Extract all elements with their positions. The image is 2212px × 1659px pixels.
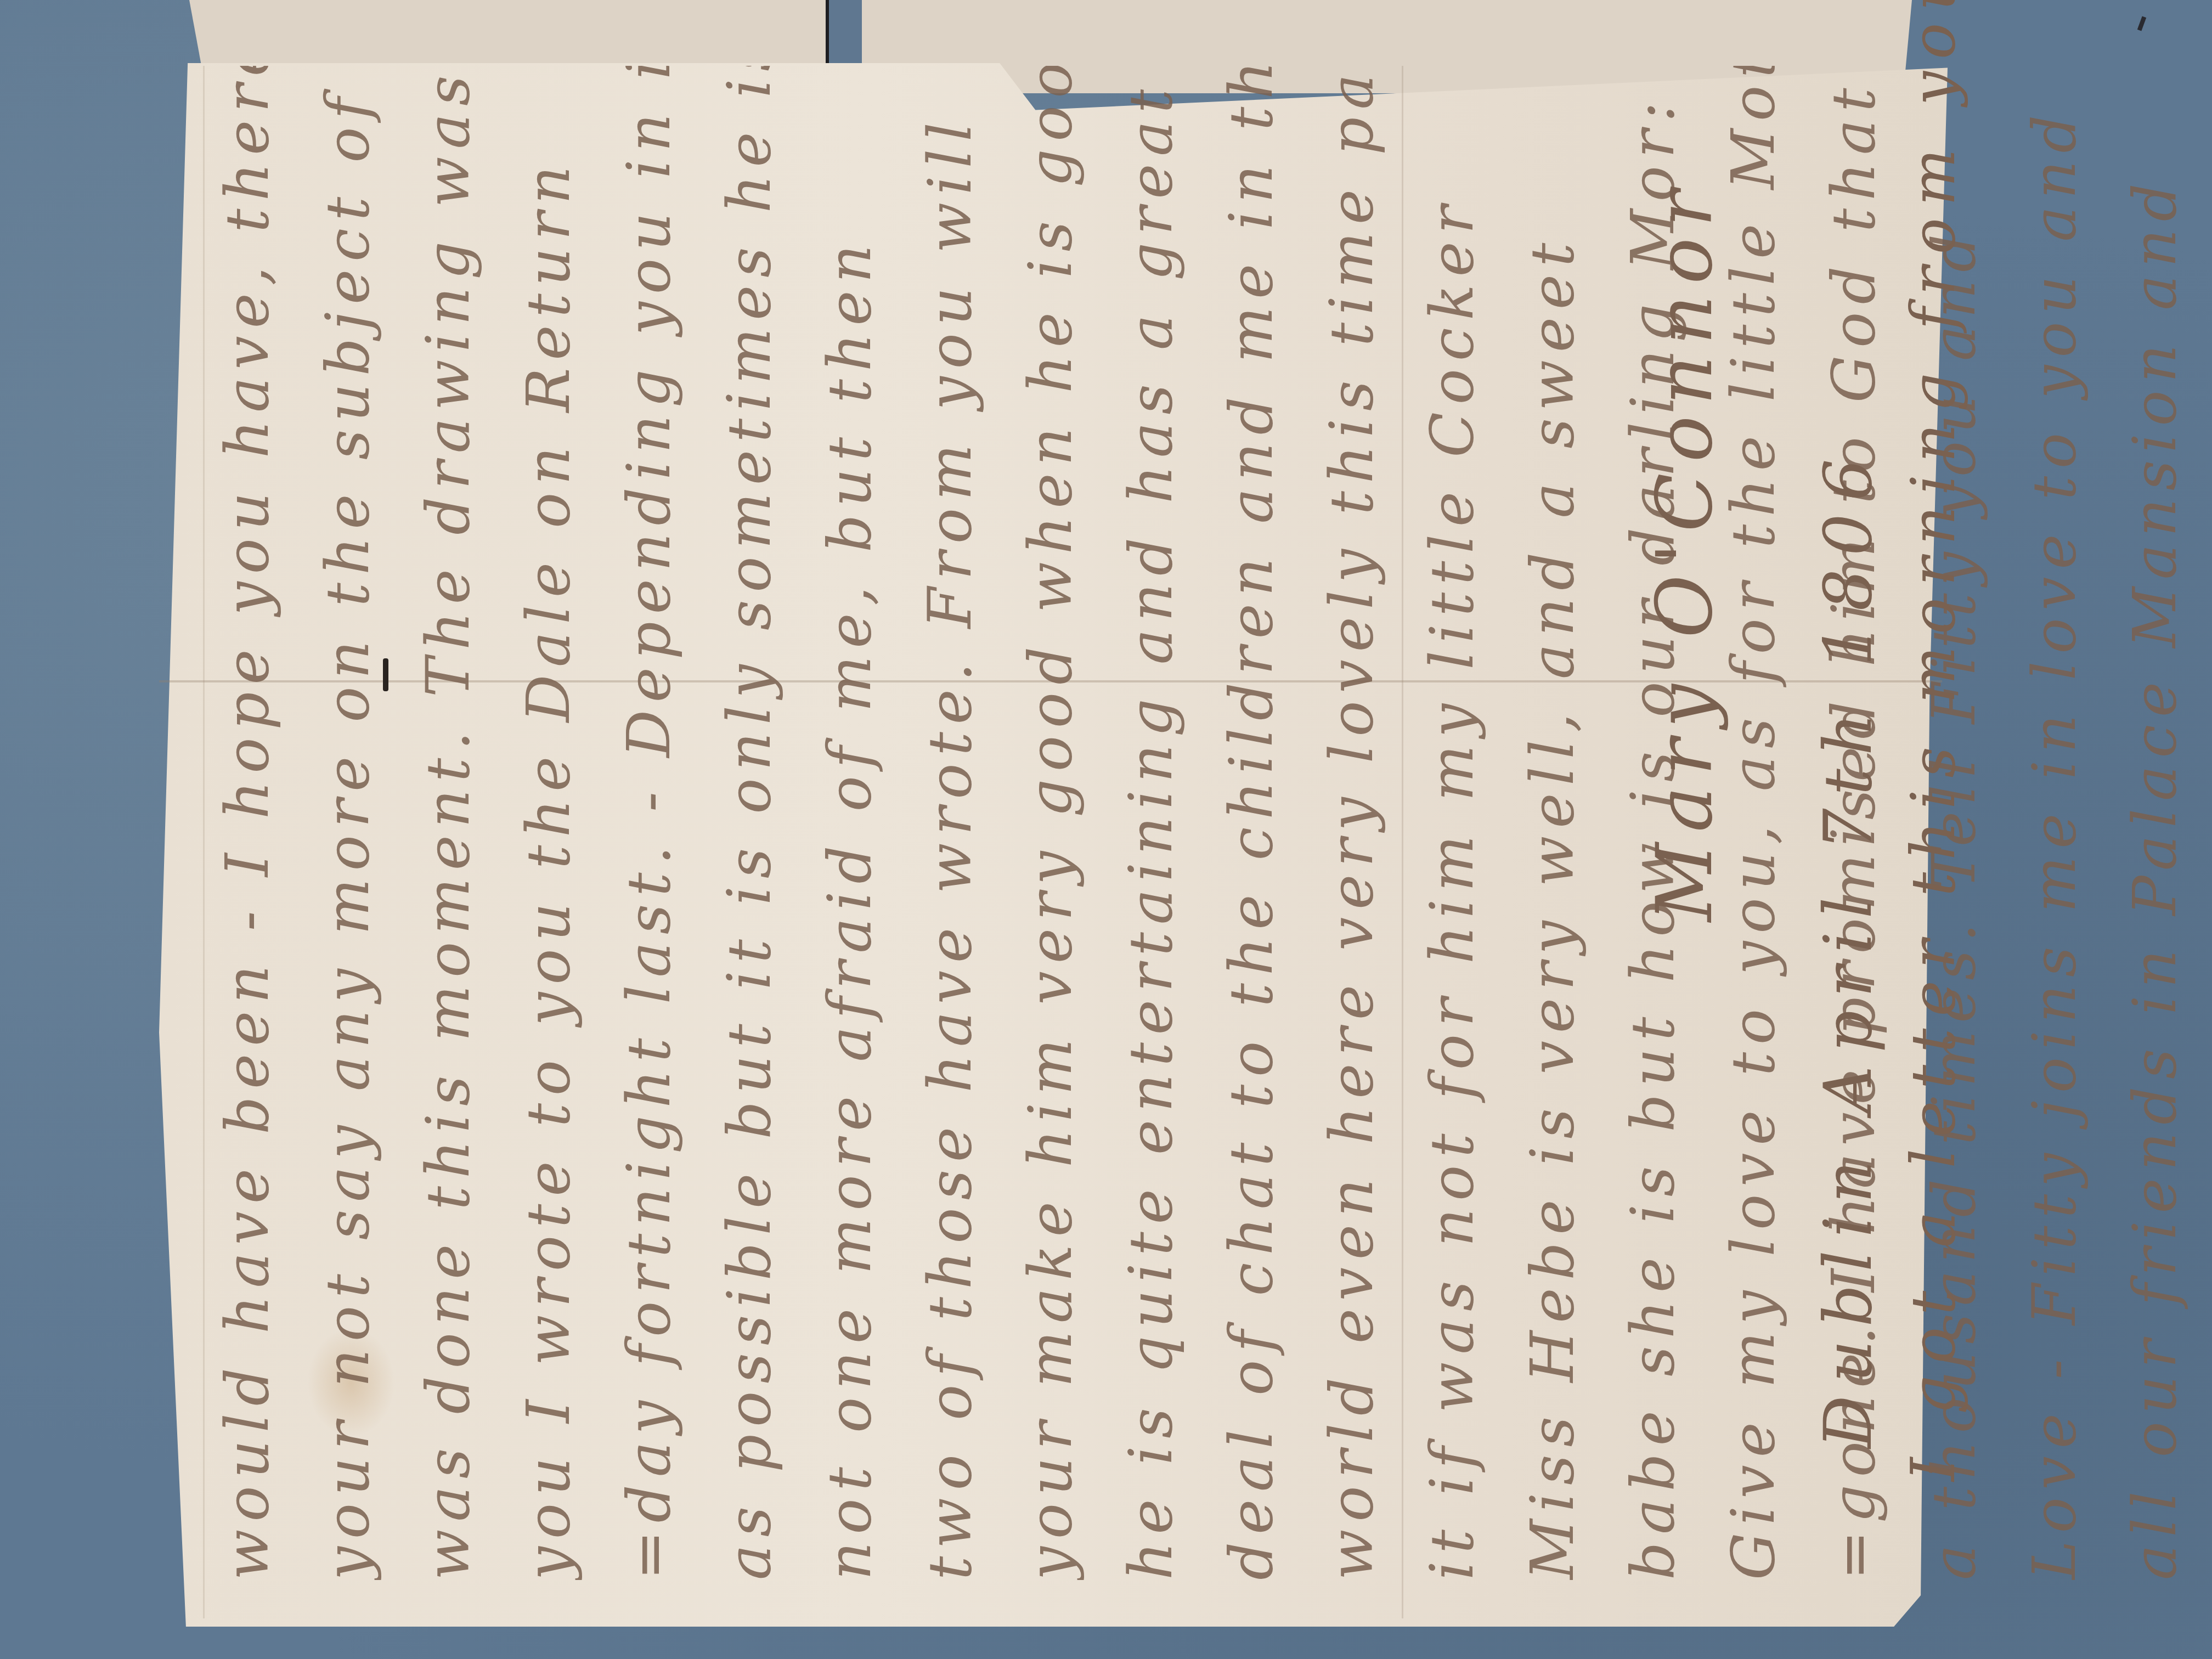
letter-line: not one more afraid of me, but then xyxy=(800,66,900,1580)
postscript: I got a letter this morning from you xyxy=(1898,0,1968,1481)
letter-line: he is quite entertaining and has a great xyxy=(1101,66,1201,1580)
letter-line: your make him very good when he is good xyxy=(1001,66,1101,1580)
letter-line: Miss Hebe is very well, and a sweet xyxy=(1503,66,1603,1580)
signature: Mary O'Connor xyxy=(1640,179,1730,922)
letter-line: it if was not for him my little Cocker xyxy=(1402,66,1503,1580)
letter-line: you a kiss good bye darling heart and xyxy=(2205,66,2212,1580)
letter-line: =day fortnight last. - Depending you in … xyxy=(599,66,699,1580)
letter-line: would have been - I hope you have, there… xyxy=(198,66,298,1580)
letter-line: world even here very lovely this time pa… xyxy=(1302,66,1402,1580)
letter-line: all our friends in Palace Mansion and xyxy=(2105,66,2205,1580)
letter-line: deal of chat to the children and me in t… xyxy=(1201,66,1302,1580)
letter-line: your not say any more on the subject of … xyxy=(298,66,398,1580)
letter-line: was done this moment. The drawing was th… xyxy=(398,66,499,1580)
letter-line: as possible but it is only sometimes he … xyxy=(699,66,800,1580)
dateline: Dublin April 7th 1806 xyxy=(1810,445,1887,1448)
letter-line: Love - Fitty joins me in love to you and xyxy=(2005,66,2105,1580)
letter-line: two of those have wrote. From you will xyxy=(900,66,1001,1580)
letter-line: you I wrote to you the Dale on Return xyxy=(499,66,599,1580)
